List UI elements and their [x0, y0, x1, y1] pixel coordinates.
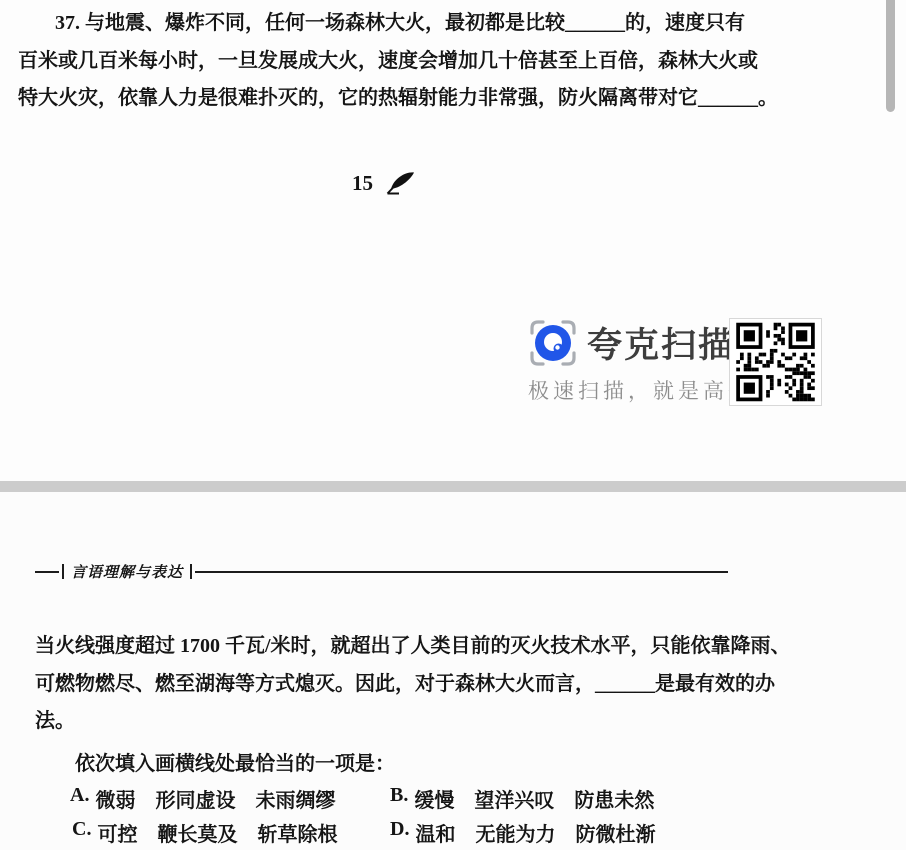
option-label: D.	[390, 818, 409, 847]
passage-text: 当火线强度超过 1700 千瓦/米时，就超出了人类目前的灭火技术水平，只能依靠降…	[35, 628, 735, 741]
option-word: 望洋兴叹	[474, 784, 554, 813]
option-word: 斩草除根	[257, 818, 337, 847]
option-d: D. 温和 无能为力 防微杜渐	[390, 818, 655, 847]
section-header: 言语理解与表达	[35, 561, 728, 582]
section-title: 言语理解与表达	[64, 561, 190, 582]
qr-code	[729, 318, 822, 406]
option-c: C. 可控 鞭长莫及 斩草除根	[72, 818, 337, 847]
question-line: 百米或几百米每小时，一旦发展成大火，速度会增加几十倍甚至上百倍，森林大火或	[18, 43, 748, 81]
option-word: 防微杜渐	[575, 818, 655, 847]
question-line: 特大火灾，依靠人力是很难扑灭的，它的热辐射能力非常强，防火隔离带对它______…	[18, 80, 748, 118]
quark-scanner-logo-icon	[528, 318, 578, 368]
option-word: 鞭长莫及	[157, 818, 237, 847]
scanned-page-bottom: 言语理解与表达 当火线强度超过 1700 千瓦/米时，就超出了人类目前的灭火技术…	[0, 492, 906, 850]
page-divider-band	[0, 481, 906, 492]
passage-line: 可燃物燃尽、燃至湖海等方式熄灭。因此，对于森林大火而言，______是最有效的办	[35, 666, 735, 704]
quill-feather-icon	[384, 170, 416, 196]
question-prompt: 依次填入画横线处最恰当的一项是：	[75, 747, 395, 776]
option-label: C.	[72, 818, 91, 847]
option-label: A.	[70, 784, 89, 813]
option-a: A. 微弱 形同虚设 未雨绸缪	[70, 784, 335, 813]
option-word: 防患未然	[574, 784, 654, 813]
option-b: B. 缓慢 望洋兴叹 防患未然	[390, 784, 654, 813]
option-label: B.	[390, 784, 408, 813]
page-number-row: 15	[352, 170, 416, 196]
option-word: 无能为力	[475, 818, 555, 847]
option-word: 微弱	[95, 784, 135, 813]
passage-line: 当火线强度超过 1700 千瓦/米时，就超出了人类目前的灭火技术水平，只能依靠降…	[35, 628, 735, 666]
option-word: 缓慢	[414, 784, 454, 813]
option-word: 未雨绸缪	[255, 784, 335, 813]
passage-line: 法。	[35, 703, 735, 741]
section-header-bar-right	[190, 564, 192, 579]
scanned-document-view: 37. 与地震、爆炸不同，任何一场森林大火，最初都是比较______的，速度只有…	[0, 0, 906, 850]
option-word: 形同虚设	[155, 784, 235, 813]
option-word: 可控	[97, 818, 137, 847]
section-header-rule	[195, 571, 728, 573]
scanned-page-top: 37. 与地震、爆炸不同，任何一场森林大火，最初都是比较______的，速度只有…	[0, 0, 906, 481]
option-word: 温和	[415, 818, 455, 847]
question-37-text: 37. 与地震、爆炸不同，任何一场森林大火，最初都是比较______的，速度只有…	[18, 5, 748, 118]
page-number: 15	[352, 171, 373, 196]
section-header-dash	[35, 571, 59, 573]
question-line: 37. 与地震、爆炸不同，任何一场森林大火，最初都是比较______的，速度只有	[18, 5, 748, 43]
scrollbar-thumb[interactable]	[886, 0, 895, 112]
